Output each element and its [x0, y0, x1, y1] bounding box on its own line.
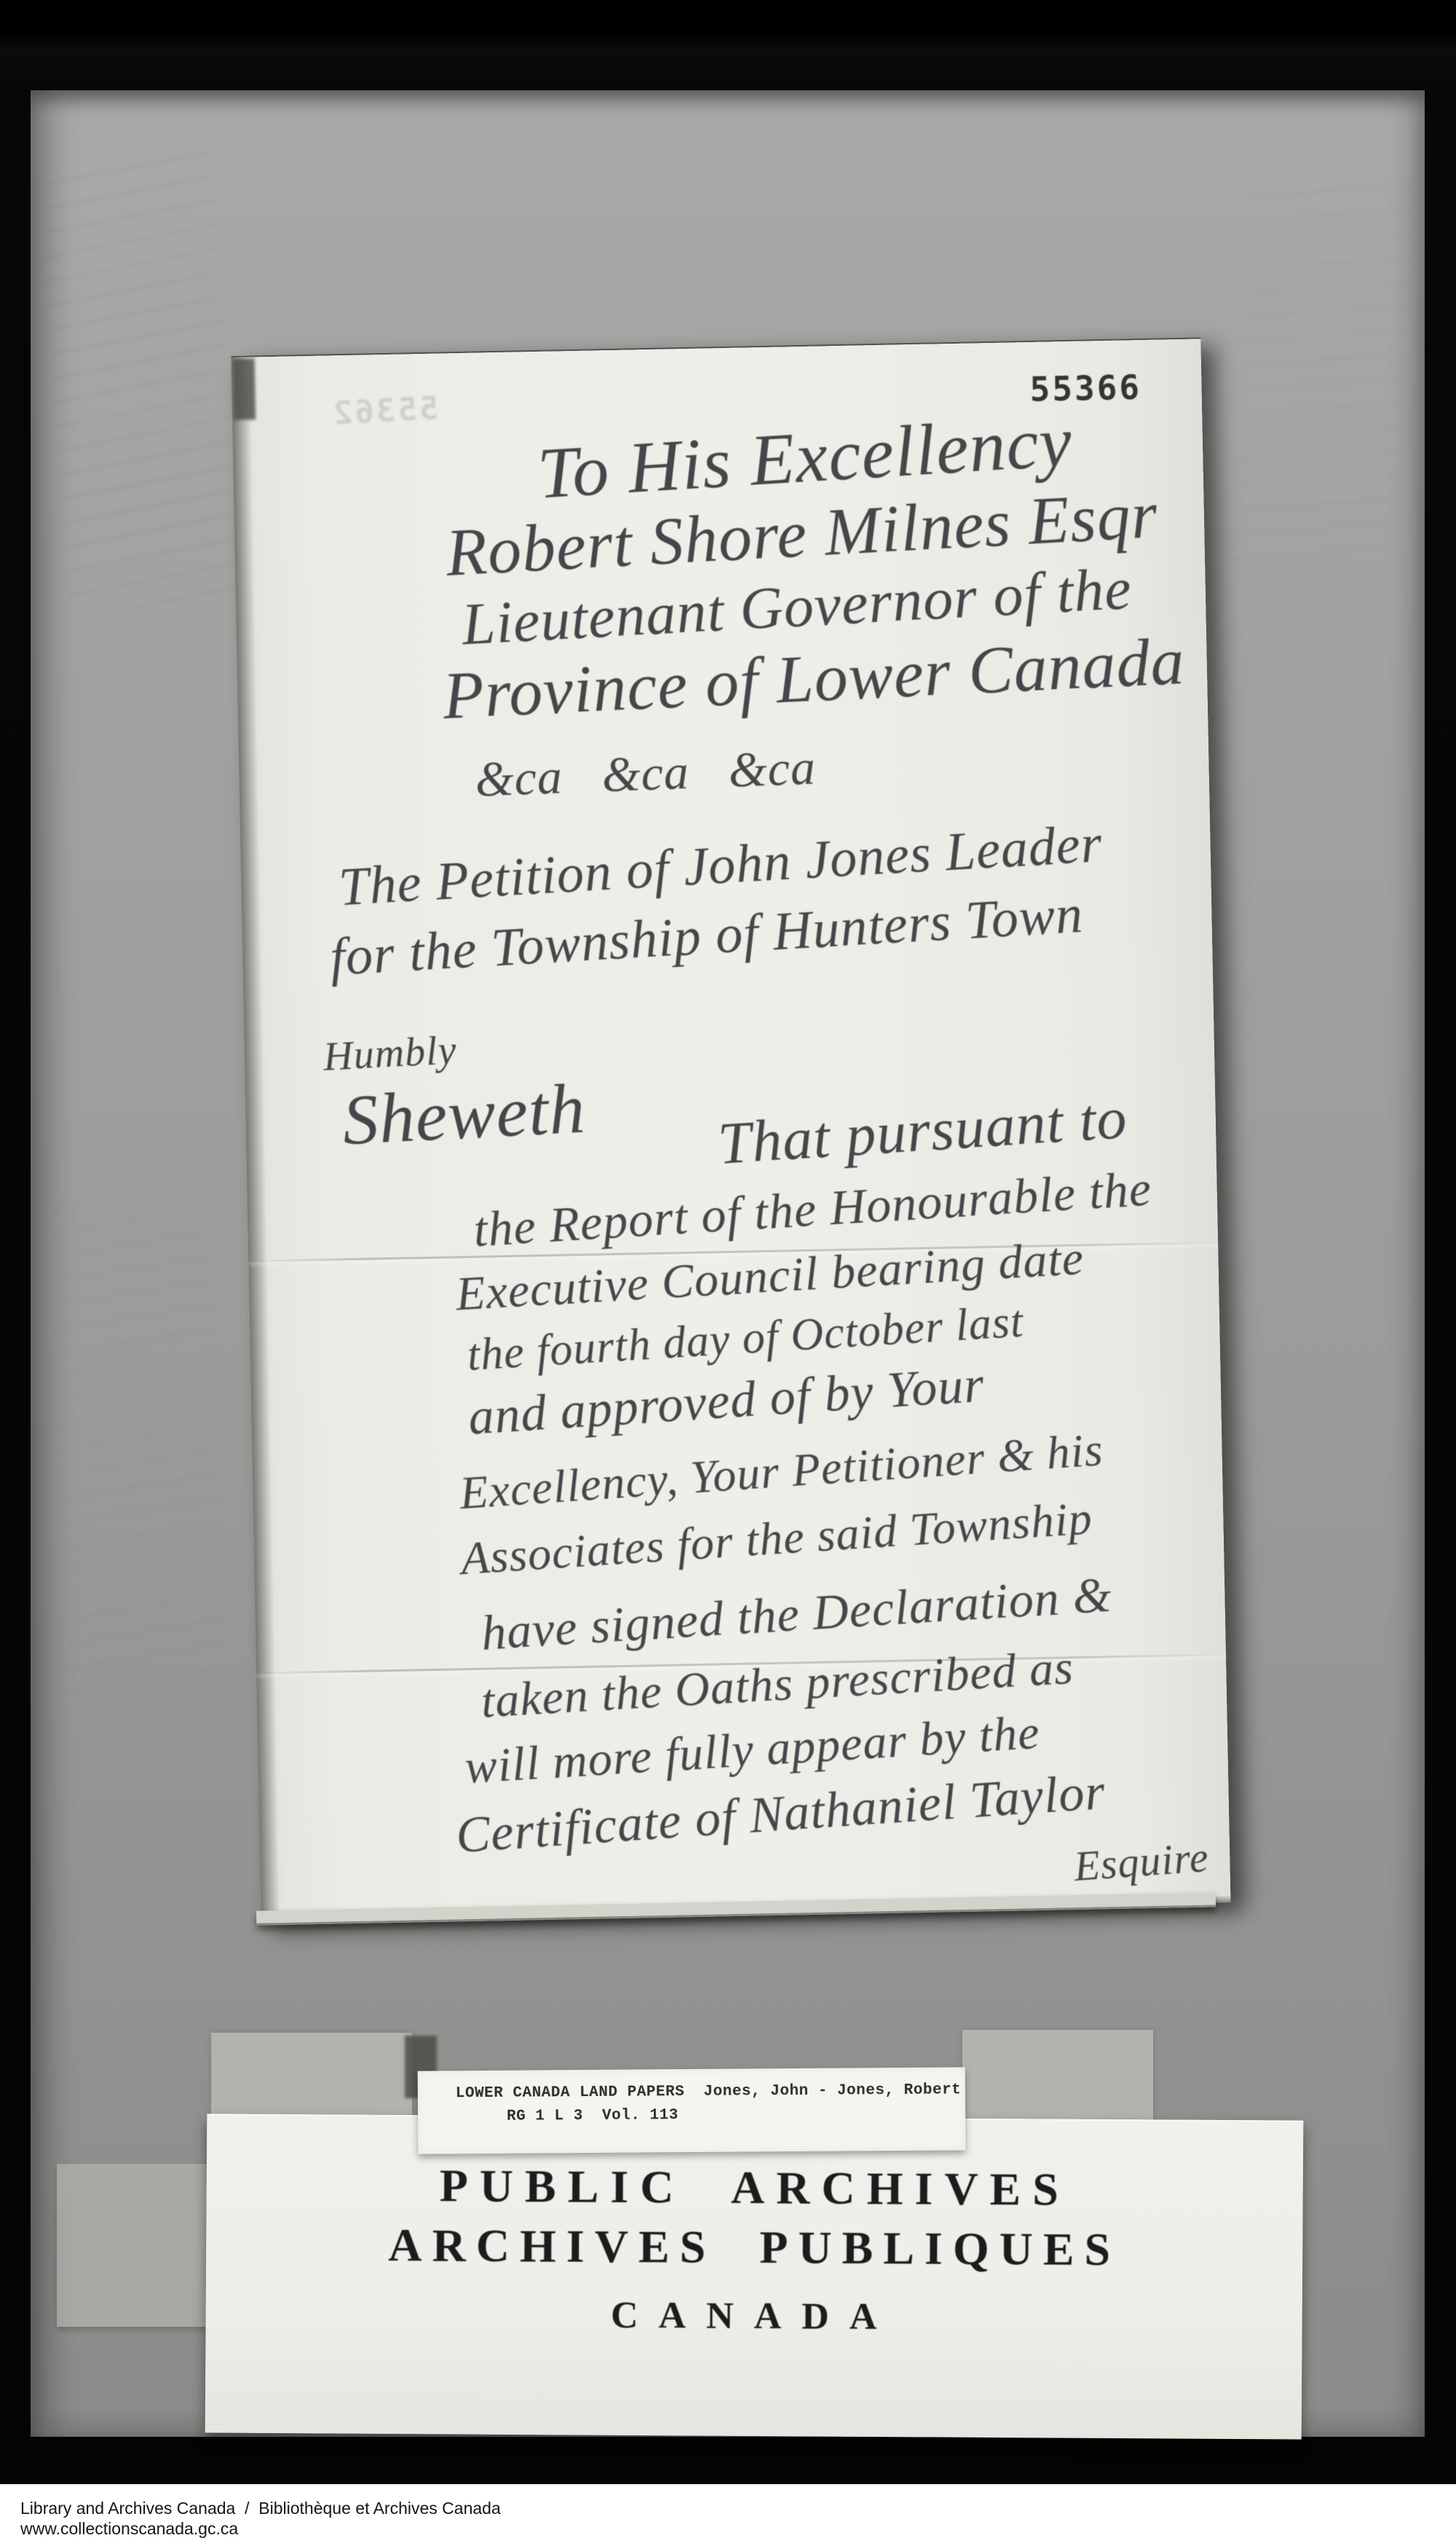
page-corner-shadow: [233, 358, 256, 420]
ghost-writing-mark: [51, 1179, 229, 1694]
side-sheet-left: [57, 2164, 211, 2327]
footer-url: www.collectionscanada.gc.ca: [20, 2521, 238, 2537]
salutation-line: Humbly Sheweth: [300, 1012, 587, 1170]
mirrored-page-number-stamp: 55362: [331, 390, 440, 432]
ghost-writing-mark: [1229, 173, 1417, 574]
salutation-word: Sheweth: [341, 1070, 587, 1161]
typed-reference-label: LOWER CANADA LAND PAPERS Jones, John - J…: [418, 2067, 966, 2154]
reference-collection-line: LOWER CANADA LAND PAPERS Jones, John - J…: [456, 2082, 962, 2102]
handwriting-line: &ca &ca &ca: [474, 743, 816, 804]
handwriting-line: That pursuant to: [716, 1088, 1129, 1174]
archives-stamp-sheet: PUBLIC ARCHIVES ARCHIVES PUBLIQUES CANAD…: [205, 2114, 1304, 2439]
reference-volume-line: RG 1 L 3 Vol. 113: [507, 2107, 678, 2125]
ghost-writing-mark: [37, 150, 243, 612]
footer-attribution: Library and Archives Canada / Bibliothèq…: [20, 2500, 501, 2517]
salutation-prefix: Humbly: [323, 1028, 458, 1080]
scan-frame: 55366 55362 To His Excellency Robert Sho…: [0, 0, 1456, 2546]
stamp-title-french: ARCHIVES PUBLIQUES: [206, 2217, 1302, 2277]
stamp-title-canada: CANADA: [206, 2291, 1302, 2341]
stamp-title-english: PUBLIC ARCHIVES: [207, 2157, 1303, 2218]
footer-strip: Library and Archives Canada / Bibliothèq…: [0, 2484, 1456, 2546]
petition-page: 55366 55362 To His Excellency Robert Sho…: [232, 339, 1231, 1921]
signature-title-line: Esquire: [1072, 1836, 1210, 1888]
